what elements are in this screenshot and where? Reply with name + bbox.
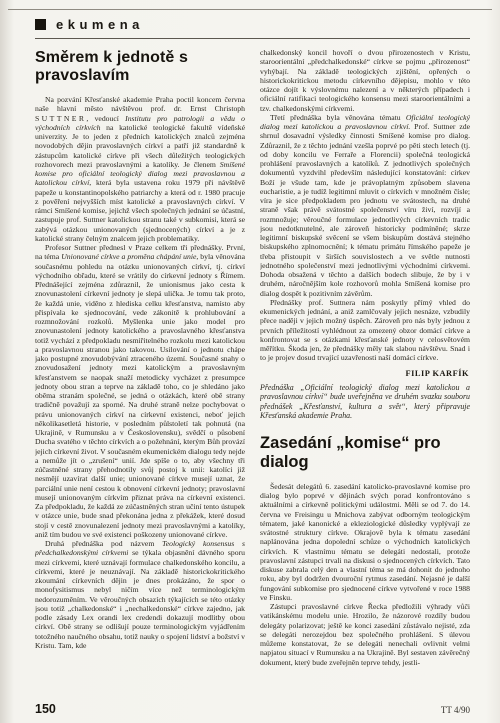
second-article-body: Šedesát delegátů 6. zasedání katolicko-p… <box>260 482 470 667</box>
text-segment: , která byla ustavena roku 1979 při návš… <box>35 178 245 243</box>
section-label: ekumena <box>56 17 144 32</box>
page-footer: 150 TT 4/90 <box>35 702 470 716</box>
text-segment: Druhá přednáška pod názvem <box>45 539 162 548</box>
paragraph: Na pozvání Křesťanské akademie Praha poc… <box>35 95 245 243</box>
paragraph: Profesor Suttner přednesl v Praze celkem… <box>35 243 245 539</box>
text-segment: Přednášky prof. Suttnera nám poskytly př… <box>260 298 470 363</box>
paragraph: Třetí přednáška byla věnována tématu Ofi… <box>260 113 470 298</box>
text-segment: Prof. Suttner zde shrnul dosavadní výsle… <box>260 122 470 298</box>
paragraph: Šedesát delegátů 6. zasedání katolicko-p… <box>260 482 470 602</box>
text-segment: Na pozvání Křesťanské akademie Praha poc… <box>35 95 245 113</box>
paragraph: Zástupci pravoslavné církve Řecka předlo… <box>260 602 470 667</box>
issue-label: TT 4/90 <box>441 705 470 715</box>
article-title: Směrem k jednotě s pravoslavím <box>35 49 245 85</box>
paragraph: Přednáška „Oficiální teologický dialog m… <box>260 383 470 421</box>
second-article-title: Zasedání „komise“ pro dialog <box>260 434 470 472</box>
text-segment: chalkedonský koncil hovoří o dvou přiroz… <box>260 48 470 113</box>
text-segment: Přednáška „Oficiální teologický dialog m… <box>260 383 470 421</box>
text-segment: Šedesát delegátů 6. zasedání katolicko-p… <box>260 482 470 602</box>
text-segment: Unionované církve a proměna chápání unie <box>61 252 196 261</box>
text-segment: , byla věnována současnému pohledu na ot… <box>35 252 245 539</box>
article-body-left: Na pozvání Křesťanské akademie Praha poc… <box>35 95 245 650</box>
publication-note: Přednáška „Oficiální teologický dialog m… <box>260 383 470 421</box>
text-segment: Třetí přednáška byla věnována tématu <box>270 113 406 122</box>
right-column: chalkedonský koncil hovoří o dvou přiroz… <box>260 48 470 690</box>
text-segment: , vedoucí <box>86 114 125 123</box>
paragraph: Přednášky prof. Suttnera nám poskytly př… <box>260 298 470 363</box>
page-number: 150 <box>35 702 56 716</box>
paragraph: Druhá přednáška pod názvem Teologický ko… <box>35 539 245 650</box>
text-segment: se týkala objasnění dávného sporu mezi c… <box>35 548 245 650</box>
left-column: Směrem k jednotě s pravoslavím Na pozván… <box>35 48 245 690</box>
author-byline: FILIP KARFÍK <box>260 368 469 379</box>
paragraph: chalkedonský koncil hovoří o dvou přiroz… <box>260 48 470 113</box>
text-segment: Zástupci pravoslavné církve Řecka předlo… <box>260 602 470 667</box>
journal-page: ekumena Směrem k jednotě s pravoslavím N… <box>0 0 500 723</box>
text-segment: SUTTNER <box>35 114 86 123</box>
section-header: ekumena <box>35 10 470 39</box>
article-body-right: chalkedonský koncil hovoří o dvou přiroz… <box>260 48 470 363</box>
article-columns: Směrem k jednotě s pravoslavím Na pozván… <box>35 48 470 690</box>
section-marker-icon <box>35 19 46 30</box>
